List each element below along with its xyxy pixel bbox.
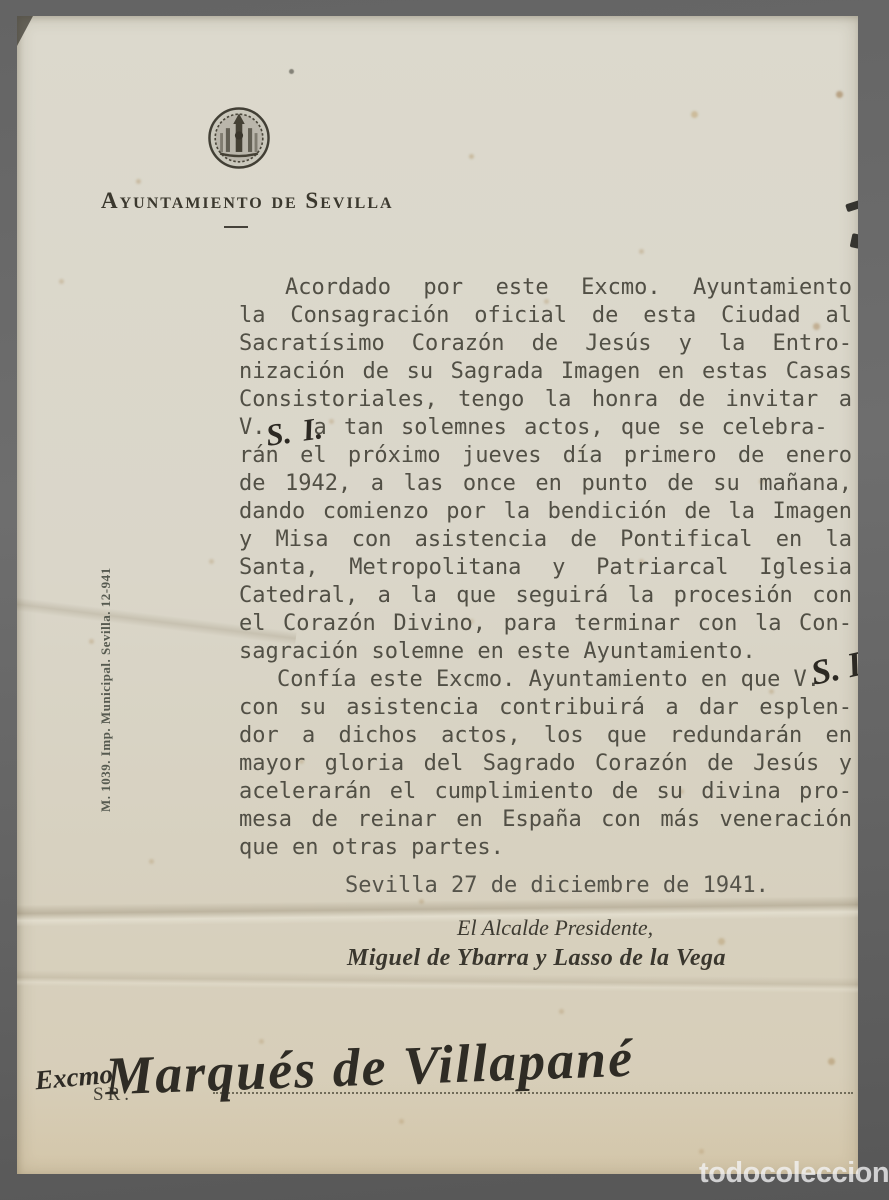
body-line: la Consagración oficial de esta Ciudad a… <box>239 302 852 330</box>
body-line: Catedral, a la que seguirá la procesión … <box>239 582 852 610</box>
organization-name: Ayuntamiento de Sevilla <box>101 188 394 214</box>
letter-body: Acordado por este Excmo. Ayuntamiento la… <box>239 274 852 900</box>
body-line: mesa de reinar en España con más venerac… <box>239 806 852 834</box>
body-line-with-insert: V.S. I.a tan solemnes actos, que se cele… <box>239 414 852 442</box>
typed-text: a tan solemnes actos, que se celebra- <box>314 415 828 440</box>
edge-tear <box>850 233 858 249</box>
body-line: acelerarán el cumplimiento de su divina … <box>239 778 852 806</box>
typed-text: Confía este Excmo. Ayuntamiento en que V… <box>277 667 820 692</box>
signature-role: El Alcalde Presidente, <box>457 915 653 941</box>
corner-shadow <box>17 16 33 46</box>
body-line: dando comienzo por la bendición de la Im… <box>239 498 852 526</box>
body-line: de 1942, a las once en punto de su mañan… <box>239 470 852 498</box>
body-line: y Misa con asistencia de Pontifical en l… <box>239 526 852 554</box>
header-rule <box>224 226 248 228</box>
body-line: rán el próximo jueves día primero de ene… <box>239 442 852 470</box>
body-line: sagración solemne en este Ayuntamiento. <box>239 638 852 666</box>
handwritten-insert: S. I, <box>809 648 858 688</box>
body-line: Sacratísimo Corazón de Jesús y la Entro- <box>239 330 852 358</box>
signature-name: Miguel de Ybarra y Lasso de la Vega <box>347 945 726 972</box>
body-line: que en otras partes. <box>239 834 852 862</box>
edge-tear <box>845 200 858 213</box>
print-shop-imprint: M. 1039. Imp. Municipal. Sevilla. 12-941 <box>98 572 114 812</box>
body-line: con su asistencia contribuirá a dar espl… <box>239 694 852 722</box>
watermark: todocoleccion <box>699 1157 889 1190</box>
city-seal-icon <box>207 106 271 170</box>
body-line: nización de su Sagrada Imagen en estas C… <box>239 358 852 386</box>
body-line-with-insert: Confía este Excmo. Ayuntamiento en que V… <box>239 666 852 694</box>
handwritten-insert: S. I. <box>264 414 324 450</box>
fold-crease <box>17 970 858 994</box>
body-line: Acordado por este Excmo. Ayuntamiento <box>239 274 852 302</box>
body-line: mayor gloria del Sagrado Corazón de Jesú… <box>239 750 852 778</box>
body-line: Consistoriales, tengo la honra de invita… <box>239 386 852 414</box>
letter-page: Ayuntamiento de Sevilla Acordado por est… <box>17 16 858 1174</box>
body-line: el Corazón Divino, para terminar con la … <box>239 610 852 638</box>
typed-text: V. <box>239 415 266 440</box>
body-line: dor a dichos actos, los que redundarán e… <box>239 722 852 750</box>
body-line: Santa, Metropolitana y Patriarcal Iglesi… <box>239 554 852 582</box>
date-line: Sevilla 27 de diciembre de 1941. <box>239 872 852 900</box>
